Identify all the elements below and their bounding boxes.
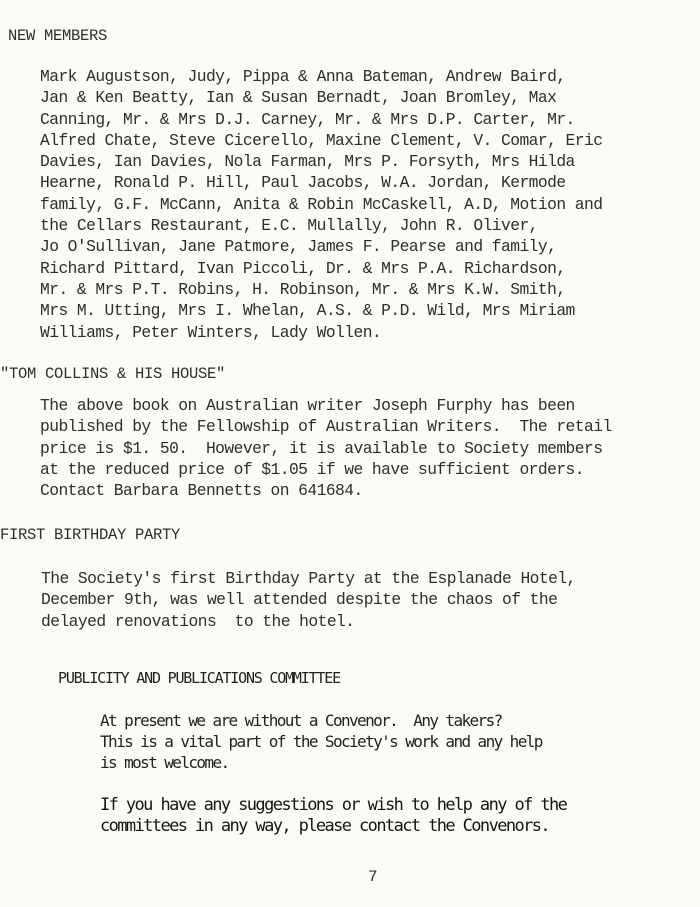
page-number: 7 bbox=[368, 868, 378, 886]
text-line: The Society's first Birthday Party at th… bbox=[41, 568, 576, 589]
text-line: At present we are without a Convenor. An… bbox=[100, 710, 542, 731]
text-line: Mrs M. Utting, Mrs I. Whelan, A.S. & P.D… bbox=[40, 300, 602, 321]
text-line: committees in any way, please contact th… bbox=[100, 816, 566, 837]
publicity-paragraph-2: If you have any suggestions or wish to h… bbox=[100, 795, 566, 837]
publicity-paragraph-1: At present we are without a Convenor. An… bbox=[100, 710, 542, 773]
text-line: Richard Pittard, Ivan Piccoli, Dr. & Mrs… bbox=[40, 258, 602, 279]
text-line: the Cellars Restaurant, E.C. Mullally, J… bbox=[40, 215, 602, 236]
heading-publicity-committee: PUBLICITY AND PUBLICATIONS COMMITTEE bbox=[58, 668, 340, 689]
text-line: This is a vital part of the Society's wo… bbox=[100, 731, 542, 752]
text-line: family, G.F. McCann, Anita & Robin McCas… bbox=[40, 194, 602, 215]
text-line: delayed renovations to the hotel. bbox=[41, 611, 576, 632]
text-line: Alfred Chate, Steve Cicerello, Maxine Cl… bbox=[40, 130, 602, 151]
tom-collins-paragraph: The above book on Australian writer Jose… bbox=[40, 395, 612, 501]
text-line: Williams, Peter Winters, Lady Wollen. bbox=[40, 322, 602, 343]
text-line: Jo O'Sullivan, Jane Patmore, James F. Pe… bbox=[40, 236, 602, 257]
text-line: Hearne, Ronald P. Hill, Paul Jacobs, W.A… bbox=[40, 172, 602, 193]
text-line: December 9th, was well attended despite … bbox=[41, 589, 576, 610]
text-line: Mr. & Mrs P.T. Robins, H. Robinson, Mr. … bbox=[40, 279, 602, 300]
text-line: is most welcome. bbox=[100, 752, 542, 773]
text-line: Jan & Ken Beatty, Ian & Susan Bernadt, J… bbox=[40, 87, 602, 108]
text-line: Mark Augustson, Judy, Pippa & Anna Batem… bbox=[40, 66, 602, 87]
new-members-list: Mark Augustson, Judy, Pippa & Anna Batem… bbox=[40, 66, 602, 343]
heading-first-birthday-party: FIRST BIRTHDAY PARTY bbox=[0, 526, 180, 544]
document-page: NEW MEMBERS Mark Augustson, Judy, Pippa … bbox=[0, 0, 700, 907]
heading-tom-collins: "TOM COLLINS & HIS HOUSE" bbox=[0, 365, 225, 383]
birthday-paragraph: The Society's first Birthday Party at th… bbox=[41, 568, 576, 632]
text-line: If you have any suggestions or wish to h… bbox=[100, 795, 566, 816]
text-line: price is $1. 50. However, it is availabl… bbox=[40, 438, 612, 459]
text-line: Canning, Mr. & Mrs D.J. Carney, Mr. & Mr… bbox=[40, 109, 602, 130]
text-line: Contact Barbara Bennetts on 641684. bbox=[40, 480, 612, 501]
text-line: Davies, Ian Davies, Nola Farman, Mrs P. … bbox=[40, 151, 602, 172]
text-line: published by the Fellowship of Australia… bbox=[40, 416, 612, 437]
text-line: The above book on Australian writer Jose… bbox=[40, 395, 612, 416]
heading-new-members: NEW MEMBERS bbox=[8, 27, 107, 45]
text-line: at the reduced price of $1.05 if we have… bbox=[40, 459, 612, 480]
